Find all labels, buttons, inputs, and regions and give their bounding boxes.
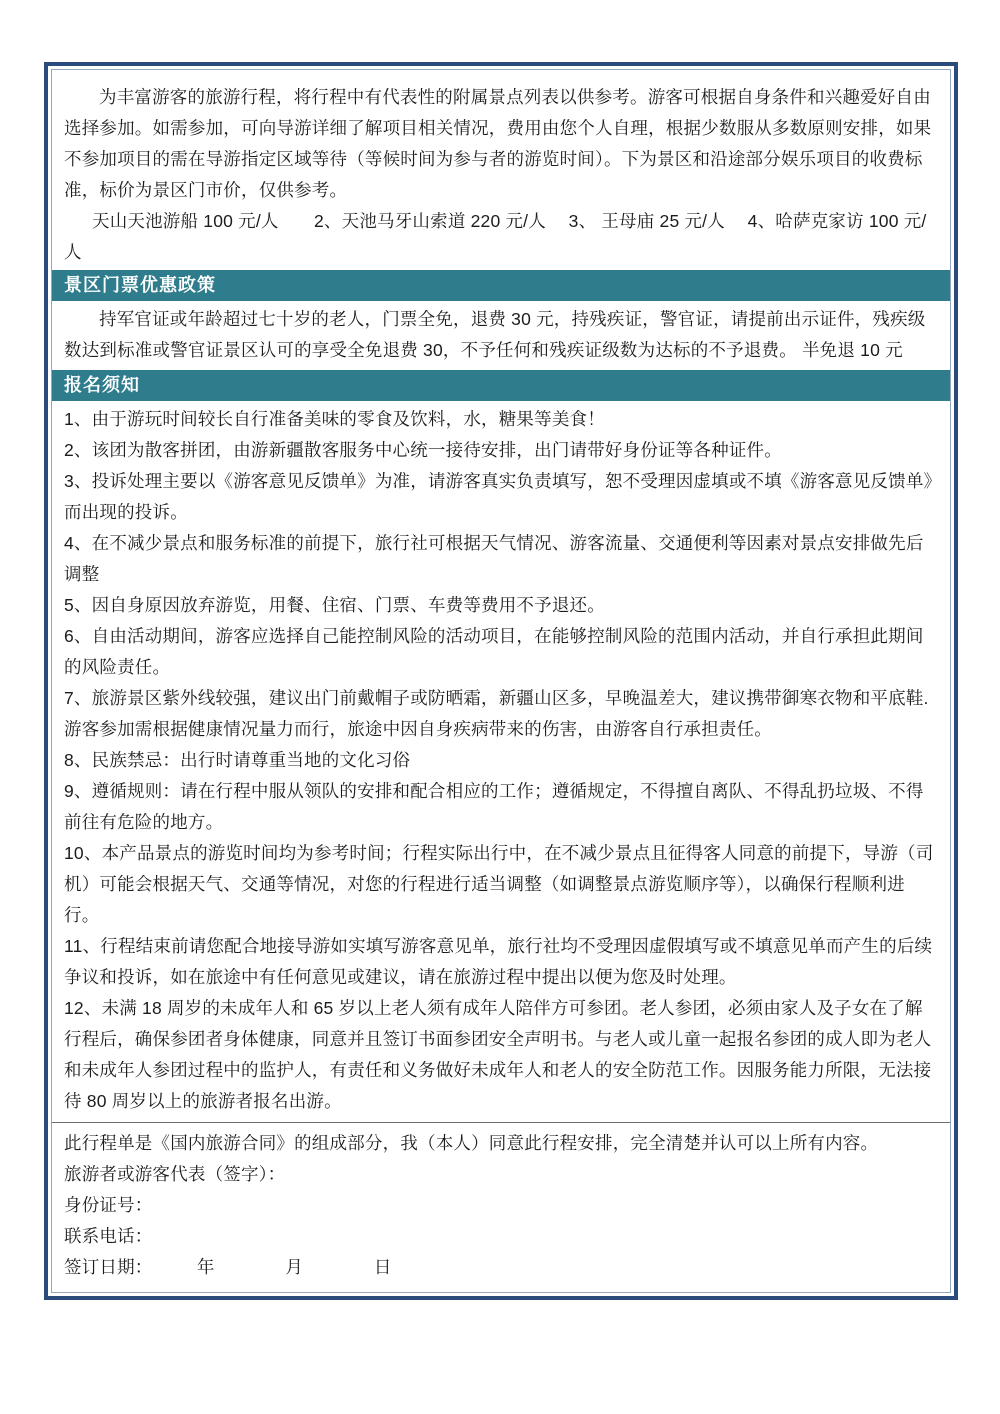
notice-item: 3、投诉处理主要以《游客意见反馈单》为准，请游客真实负责填写，恕不受理因虚填或不…: [64, 466, 938, 528]
attraction-price-list: 天山天池游船 100 元/人 2、天池马牙山索道 220 元/人 3、 王母庙 …: [64, 206, 938, 268]
notice-item: 6、自由活动期间，游客应选择自己能控制风险的活动项目，在能够控制风险的范围内活动…: [64, 621, 938, 683]
discount-policy-text: 持军官证或年龄超过七十岁的老人，门票全免，退费 30 元，持残疾证，警官证，请提…: [64, 304, 938, 366]
notice-item: 7、旅游景区紫外线较强，建议出门前戴帽子或防晒霜，新疆山区多，早晚温差大，建议携…: [64, 683, 938, 745]
optional-attractions-section: 为丰富游客的旅游行程，将行程中有代表性的附属景点列表以供参考。游客可根据自身条件…: [52, 70, 950, 270]
discount-policy-header: 景区门票优惠政策: [52, 270, 950, 301]
notice-item: 12、未满 18 周岁的未成年人和 65 岁以上老人须有成年人陪伴方可参团。老人…: [64, 993, 938, 1117]
agreement-text: 此行程单是《国内旅游合同》的组成部分，我（本人）同意此行程安排，完全清楚并认可以…: [64, 1128, 938, 1159]
registration-notice-header: 报名须知: [52, 370, 950, 401]
signing-date-field-label: 签订日期： 年 月 日: [64, 1252, 938, 1283]
id-number-field-label: 身份证号：: [64, 1190, 938, 1221]
signature-section: 此行程单是《国内旅游合同》的组成部分，我（本人）同意此行程安排，完全清楚并认可以…: [52, 1122, 950, 1292]
signature-field-label: 旅游者或游客代表（签字）：: [64, 1159, 938, 1190]
itinerary-document: 为丰富游客的旅游行程，将行程中有代表性的附属景点列表以供参考。游客可根据自身条件…: [44, 62, 958, 1300]
notice-item: 9、遵循规则：请在行程中服从领队的安排和配合相应的工作；遵循规定，不得擅自离队、…: [64, 776, 938, 838]
registration-notice-header-label: 报名须知: [64, 375, 140, 395]
notice-item: 8、民族禁忌：出行时请尊重当地的文化习俗: [64, 745, 938, 776]
notice-item: 5、因自身原因放弃游览，用餐、住宿、门票、车费等费用不予退还。: [64, 590, 938, 621]
notice-item: 1、由于游玩时间较长自行准备美味的零食及饮料，水，糖果等美食！: [64, 404, 938, 435]
phone-field-label: 联系电话：: [64, 1221, 938, 1252]
intro-paragraph: 为丰富游客的旅游行程，将行程中有代表性的附属景点列表以供参考。游客可根据自身条件…: [64, 82, 938, 206]
discount-policy-header-label: 景区门票优惠政策: [64, 275, 216, 295]
document-inner-frame: 为丰富游客的旅游行程，将行程中有代表性的附属景点列表以供参考。游客可根据自身条件…: [51, 69, 951, 1293]
discount-policy-section: 持军官证或年龄超过七十岁的老人，门票全免，退费 30 元，持残疾证，警官证，请提…: [52, 301, 950, 370]
registration-notice-list: 1、由于游玩时间较长自行准备美味的零食及饮料，水，糖果等美食！2、该团为散客拼团…: [52, 401, 950, 1122]
notice-item: 11、行程结束前请您配合地接导游如实填写游客意见单，旅行社均不受理因虚假填写或不…: [64, 931, 938, 993]
notice-item: 4、在不减少景点和服务标准的前提下，旅行社可根据天气情况、游客流量、交通便利等因…: [64, 528, 938, 590]
notice-item: 2、该团为散客拼团，由游新疆散客服务中心统一接待安排，出门请带好身份证等各种证件…: [64, 435, 938, 466]
page: 为丰富游客的旅游行程，将行程中有代表性的附属景点列表以供参考。游客可根据自身条件…: [0, 0, 1000, 1414]
notice-item: 10、本产品景点的游览时间均为参考时间；行程实际出行中，在不减少景点且征得客人同…: [64, 838, 938, 931]
